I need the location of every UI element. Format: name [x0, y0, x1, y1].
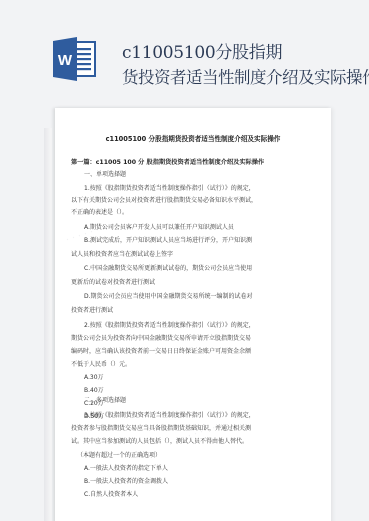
doc-line: A.30万 [84, 374, 104, 382]
doc-line: 投资者进行测试 [71, 307, 113, 315]
svg-text:W: W [58, 52, 73, 69]
doc-line: 第一篇：c11005 100 分 股指期货投资者适当性制度介绍及实际操作 [71, 159, 264, 167]
doc-line: 一、单项选择题 [84, 171, 126, 179]
doc-line: 编码时，应当确认该投资者前一交易日日终保证金账户可用资金余额 [71, 348, 251, 356]
watermark: · · · · · · · · [174, 421, 223, 446]
doc-line: 1.按照《股指期货投资者适当性制度操作指引（试行）》的规定， [84, 185, 255, 193]
doc-line: 2.按照《股指期货投资者适当性制度操作指引（试行）》的规定， [84, 322, 255, 330]
doc-line: 期货公司会员为投资者向中国金融期货交易所申请开立股指期货交易 [71, 335, 251, 343]
doc-line: B.测试完成后，开户知识测试人员应当场进行评分，开户知识测 [84, 237, 252, 245]
doc-line: 试人员和投资者应当在测试试卷上签字 [71, 251, 173, 259]
doc-line: C.20万 [84, 400, 104, 408]
doc-line: A.期货公司会员客户开发人员可以兼任开户知识测试人员 [84, 224, 234, 232]
document-title-line-2: 货投资者适当性制度介绍及实际操作 [122, 64, 369, 88]
doc-heading: c11005100 分股指期货投资者适当性制度介绍及实际操作 [55, 133, 331, 143]
doc-line: 更新后的试卷对投资者进行测试 [71, 279, 155, 287]
doc-line: 以下有关期货公司会员对投资者进行股指期货交易必备知识水平测试， [71, 197, 257, 205]
doc-line: C.中国金融期货交易所更新测试试卷的，期货公司会员应当使用 [84, 265, 252, 273]
doc-line: B.40万 [84, 387, 104, 395]
document-page-preview: · · · · · · · · · · · · · · · · c1100510… [55, 108, 331, 521]
word-document-icon: W [51, 35, 99, 83]
doc-line: D.50万 [84, 413, 104, 421]
doc-line: 不正确的表述是（）。 [71, 209, 128, 217]
document-header: W c11005100分股指期 货投资者适当性制度介绍及实际操作 [0, 0, 369, 100]
page-stack-shadow [44, 128, 52, 521]
doc-line: 不低于人民币（）元。 [71, 361, 131, 369]
doc-line: D.期货公司会员应当使用中国金融期货交易所统一编制的试卷对 [84, 293, 253, 301]
document-title-line-1: c11005100分股指期 [122, 38, 282, 63]
